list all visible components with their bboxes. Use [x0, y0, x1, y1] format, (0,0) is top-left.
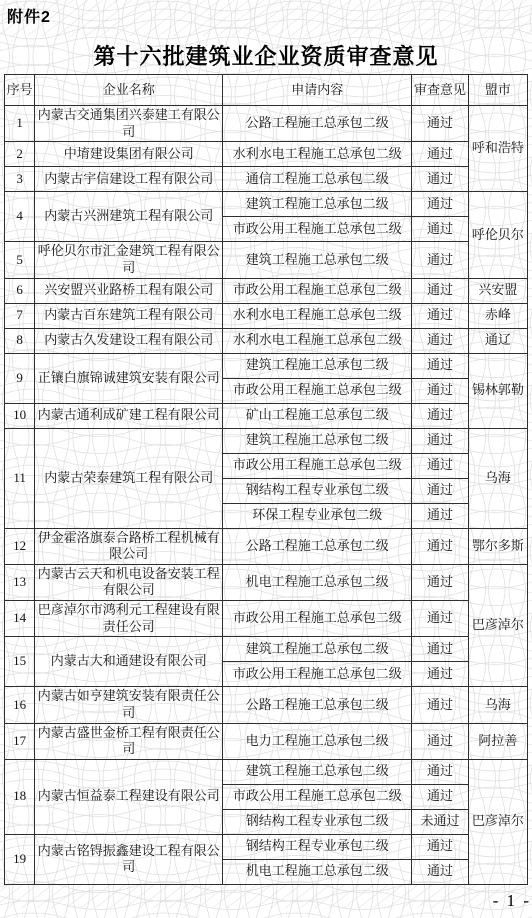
- serial-no-cell: 15: [5, 637, 35, 687]
- col-header-city: 盟市: [468, 75, 527, 106]
- company-name-cell: 内蒙古铭锝振鑫建设工程有限公司: [35, 834, 223, 884]
- table-row: 6兴安盟兴业路桥工程有限公司市政公用工程施工总承包二级通过兴安盟: [5, 278, 528, 303]
- city-cell: 通辽: [468, 328, 527, 353]
- application-content-cell: 市政公用工程施工总承包二级: [223, 784, 412, 809]
- company-name-cell: 内蒙古通利成矿建工程有限公司: [35, 403, 223, 428]
- review-opinion-cell: 通过: [412, 859, 468, 884]
- application-content-cell: 机电工程施工总承包二级: [223, 859, 412, 884]
- table-body: 1内蒙古交通集团兴泰建工有限公司公路工程施工总承包二级通过呼和浩特2中堉建设集团…: [5, 106, 528, 885]
- city-cell: 赤峰: [468, 303, 527, 328]
- serial-no-cell: 1: [5, 106, 35, 142]
- company-name-cell: 内蒙古如亨建筑安装有限责任公司: [35, 687, 223, 723]
- review-opinion-cell: 通过: [412, 106, 468, 142]
- application-content-cell: 公路工程施工总承包二级: [223, 687, 412, 723]
- table-row: 17内蒙古盛世金桥工程有限责任公司电力工程施工总承包二级通过阿拉善: [5, 723, 528, 759]
- serial-no-cell: 10: [5, 403, 35, 428]
- city-cell: 乌海: [468, 428, 527, 528]
- review-opinion-cell: 通过: [412, 637, 468, 662]
- table-row: 19内蒙古铭锝振鑫建设工程有限公司钢结构工程专业承包二级通过: [5, 834, 528, 859]
- city-cell: 巴彦淖尔: [468, 759, 527, 884]
- application-content-cell: 建筑工程施工总承包二级: [223, 637, 412, 662]
- company-name-cell: 内蒙古云天和机电设备安装工程有限公司: [35, 564, 223, 600]
- document-page: 附件2 第十六批建筑业企业资质审查意见 序号 企业名称 申请内容 审查意见 盟市…: [0, 0, 532, 918]
- table-row: 9正镶白旗锦诚建筑安装有限公司建筑工程施工总承包二级通过锡林郭勒: [5, 353, 528, 378]
- company-name-cell: 内蒙古盛世金桥工程有限责任公司: [35, 723, 223, 759]
- review-opinion-cell: 通过: [412, 687, 468, 723]
- company-name-cell: 兴安盟兴业路桥工程有限公司: [35, 278, 223, 303]
- review-opinion-cell: 通过: [412, 217, 468, 242]
- review-opinion-cell: 通过: [412, 723, 468, 759]
- company-name-cell: 巴彦淖尔市鸿利元工程建设有限责任公司: [35, 601, 223, 637]
- col-header-serial-no: 序号: [5, 75, 35, 106]
- serial-no-cell: 7: [5, 303, 35, 328]
- serial-no-cell: 3: [5, 167, 35, 192]
- application-content-cell: 钢结构工程专业承包二级: [223, 834, 412, 859]
- review-opinion-cell: 通过: [412, 142, 468, 167]
- application-content-cell: 公路工程施工总承包二级: [223, 528, 412, 564]
- table-row: 8内蒙古久发建设工程有限公司水利水电工程施工总承包二级通过通辽: [5, 328, 528, 353]
- serial-no-cell: 18: [5, 759, 35, 834]
- serial-no-cell: 11: [5, 428, 35, 528]
- application-content-cell: 环保工程专业承包二级: [223, 503, 412, 528]
- review-opinion-cell: 通过: [412, 242, 468, 278]
- serial-no-cell: 5: [5, 242, 35, 278]
- company-name-cell: 内蒙古久发建设工程有限公司: [35, 328, 223, 353]
- application-content-cell: 市政公用工程施工总承包二级: [223, 378, 412, 403]
- review-opinion-cell: 通过: [412, 167, 468, 192]
- table-row: 2中堉建设集团有限公司水利水电工程施工总承包二级通过: [5, 142, 528, 167]
- page-title: 第十六批建筑业企业资质审查意见: [0, 40, 532, 71]
- review-opinion-cell: 通过: [412, 834, 468, 859]
- review-opinion-cell: 通过: [412, 601, 468, 637]
- review-opinion-cell: 通过: [412, 564, 468, 600]
- col-header-opinion: 审查意见: [412, 75, 468, 106]
- review-opinion-cell: 通过: [412, 403, 468, 428]
- serial-no-cell: 19: [5, 834, 35, 884]
- application-content-cell: 建筑工程施工总承包二级: [223, 353, 412, 378]
- table-row: 3内蒙古宇信建设工程有限公司通信工程施工总承包二级通过: [5, 167, 528, 192]
- city-cell: 鄂尔多斯: [468, 528, 527, 564]
- review-opinion-cell: 通过: [412, 662, 468, 687]
- review-opinion-cell: 通过: [412, 428, 468, 453]
- qualification-review-table: 序号 企业名称 申请内容 审查意见 盟市 1内蒙古交通集团兴泰建工有限公司公路工…: [4, 74, 528, 885]
- serial-no-cell: 8: [5, 328, 35, 353]
- application-content-cell: 公路工程施工总承包二级: [223, 106, 412, 142]
- review-opinion-cell: 未通过: [412, 809, 468, 834]
- application-content-cell: 建筑工程施工总承包二级: [223, 428, 412, 453]
- application-content-cell: 电力工程施工总承包二级: [223, 723, 412, 759]
- city-cell: 巴彦淖尔: [468, 564, 527, 687]
- review-opinion-cell: 通过: [412, 528, 468, 564]
- city-cell: 呼和浩特: [468, 106, 527, 192]
- review-opinion-cell: 通过: [412, 303, 468, 328]
- company-name-cell: 伊金霍洛旗泰合路桥工程机械有限公司: [35, 528, 223, 564]
- review-opinion-cell: 通过: [412, 192, 468, 217]
- application-content-cell: 市政公用工程施工总承包二级: [223, 453, 412, 478]
- company-name-cell: 内蒙古大和通建设有限公司: [35, 637, 223, 687]
- table-row: 11内蒙古荣泰建筑工程有限公司建筑工程施工总承包二级通过乌海: [5, 428, 528, 453]
- application-content-cell: 通信工程施工总承包二级: [223, 167, 412, 192]
- col-header-company: 企业名称: [35, 75, 223, 106]
- serial-no-cell: 2: [5, 142, 35, 167]
- application-content-cell: 市政公用工程施工总承包二级: [223, 217, 412, 242]
- review-opinion-cell: 通过: [412, 278, 468, 303]
- application-content-cell: 水利水电工程施工总承包二级: [223, 303, 412, 328]
- application-content-cell: 市政公用工程施工总承包二级: [223, 662, 412, 687]
- review-opinion-cell: 通过: [412, 503, 468, 528]
- review-opinion-cell: 通过: [412, 378, 468, 403]
- serial-no-cell: 4: [5, 192, 35, 242]
- company-name-cell: 内蒙古宇信建设工程有限公司: [35, 167, 223, 192]
- review-opinion-cell: 通过: [412, 328, 468, 353]
- application-content-cell: 建筑工程施工总承包二级: [223, 242, 412, 278]
- company-name-cell: 内蒙古兴洲建筑工程有限公司: [35, 192, 223, 242]
- application-content-cell: 水利水电工程施工总承包二级: [223, 142, 412, 167]
- company-name-cell: 内蒙古交通集团兴泰建工有限公司: [35, 106, 223, 142]
- company-name-cell: 内蒙古百东建筑工程有限公司: [35, 303, 223, 328]
- application-content-cell: 钢结构工程专业承包二级: [223, 478, 412, 503]
- application-content-cell: 市政公用工程施工总承包二级: [223, 278, 412, 303]
- company-name-cell: 内蒙古恒益泰工程建设有限公司: [35, 759, 223, 834]
- city-cell: 锡林郭勒: [468, 353, 527, 428]
- review-opinion-cell: 通过: [412, 478, 468, 503]
- attachment-label: 附件2: [7, 4, 51, 27]
- application-content-cell: 水利水电工程施工总承包二级: [223, 328, 412, 353]
- company-name-cell: 正镶白旗锦诚建筑安装有限公司: [35, 353, 223, 403]
- city-cell: 兴安盟: [468, 278, 527, 303]
- serial-no-cell: 12: [5, 528, 35, 564]
- review-opinion-cell: 通过: [412, 759, 468, 784]
- application-content-cell: 钢结构工程专业承包二级: [223, 809, 412, 834]
- col-header-application: 申请内容: [223, 75, 412, 106]
- table-row: 5呼伦贝尔市汇金建筑工程有限公司建筑工程施工总承包二级通过: [5, 242, 528, 278]
- review-opinion-cell: 通过: [412, 784, 468, 809]
- review-opinion-cell: 通过: [412, 353, 468, 378]
- serial-no-cell: 14: [5, 601, 35, 637]
- table-row: 13内蒙古云天和机电设备安装工程有限公司机电工程施工总承包二级通过巴彦淖尔: [5, 564, 528, 600]
- table-row: 1内蒙古交通集团兴泰建工有限公司公路工程施工总承包二级通过呼和浩特: [5, 106, 528, 142]
- serial-no-cell: 9: [5, 353, 35, 403]
- table-row: 12伊金霍洛旗泰合路桥工程机械有限公司公路工程施工总承包二级通过鄂尔多斯: [5, 528, 528, 564]
- company-name-cell: 内蒙古荣泰建筑工程有限公司: [35, 428, 223, 528]
- application-content-cell: 建筑工程施工总承包二级: [223, 192, 412, 217]
- table-row: 18内蒙古恒益泰工程建设有限公司建筑工程施工总承包二级通过巴彦淖尔: [5, 759, 528, 784]
- serial-no-cell: 13: [5, 564, 35, 600]
- city-cell: 阿拉善: [468, 723, 527, 759]
- serial-no-cell: 16: [5, 687, 35, 723]
- city-cell: 呼伦贝尔: [468, 192, 527, 278]
- page-number: - 1 -: [493, 891, 531, 911]
- table-row: 14巴彦淖尔市鸿利元工程建设有限责任公司市政公用工程施工总承包二级通过: [5, 601, 528, 637]
- table-row: 16内蒙古如亨建筑安装有限责任公司公路工程施工总承包二级通过乌海: [5, 687, 528, 723]
- review-opinion-cell: 通过: [412, 453, 468, 478]
- table-row: 7内蒙古百东建筑工程有限公司水利水电工程施工总承包二级通过赤峰: [5, 303, 528, 328]
- table-row: 4内蒙古兴洲建筑工程有限公司建筑工程施工总承包二级通过呼伦贝尔: [5, 192, 528, 217]
- table-row: 15内蒙古大和通建设有限公司建筑工程施工总承包二级通过: [5, 637, 528, 662]
- company-name-cell: 呼伦贝尔市汇金建筑工程有限公司: [35, 242, 223, 278]
- application-content-cell: 矿山工程施工总承包二级: [223, 403, 412, 428]
- city-cell: 乌海: [468, 687, 527, 723]
- company-name-cell: 中堉建设集团有限公司: [35, 142, 223, 167]
- table-row: 10内蒙古通利成矿建工程有限公司矿山工程施工总承包二级通过: [5, 403, 528, 428]
- application-content-cell: 机电工程施工总承包二级: [223, 564, 412, 600]
- serial-no-cell: 6: [5, 278, 35, 303]
- application-content-cell: 建筑工程施工总承包二级: [223, 759, 412, 784]
- application-content-cell: 市政公用工程施工总承包二级: [223, 601, 412, 637]
- serial-no-cell: 17: [5, 723, 35, 759]
- table-header-row: 序号 企业名称 申请内容 审查意见 盟市: [5, 75, 528, 106]
